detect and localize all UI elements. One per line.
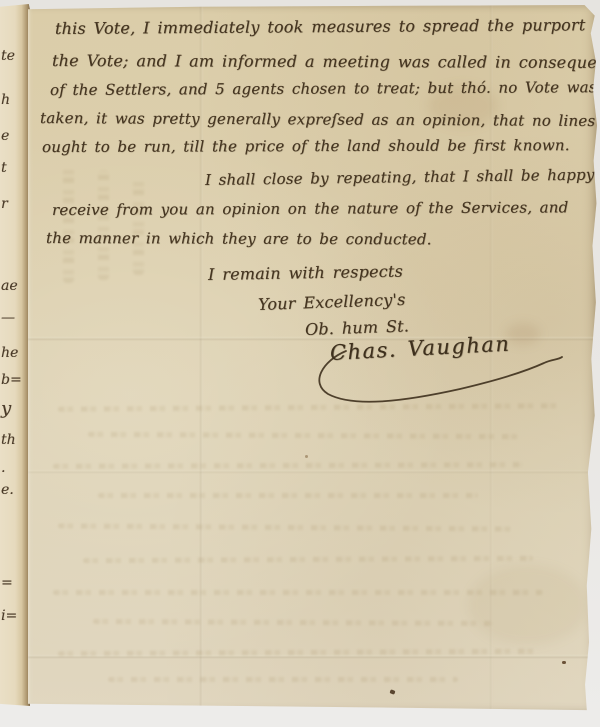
facing-page-text-fragment: — (1, 310, 15, 326)
facing-page-text-fragment: te (1, 48, 15, 64)
ink-speck (562, 661, 566, 664)
bleedthrough-line (88, 432, 518, 439)
bleedthrough-smudge (133, 175, 144, 275)
facing-page-text-fragment: e. (1, 482, 14, 498)
facing-page-text-fragment: ae (1, 278, 18, 294)
facing-page-edge: te h e t r ae — he b= y th . e. = i= (0, 4, 30, 706)
letter-line-5: ought to be run, till the price of the l… (42, 136, 570, 156)
letter-page: this Vote, I immediately took measures t… (28, 5, 597, 713)
facing-page-text-fragment: = (1, 575, 13, 591)
paper-stain (506, 323, 540, 345)
facing-page-text-fragment: i= (1, 608, 17, 624)
valediction-line: I remain with respects (208, 262, 403, 284)
facing-page-text-fragment: he (1, 345, 18, 361)
letter-line-7: receive from you an opinion on the natur… (52, 198, 569, 219)
bleedthrough-line (108, 677, 458, 682)
letter-line-6: I shall close by repeating, that I shall… (205, 165, 600, 189)
valediction-line: Your Excellency's (258, 290, 406, 314)
scanned-letter: te h e t r ae — he b= y th . e. = i= (0, 0, 600, 727)
bleedthrough-line (53, 462, 523, 469)
bleedthrough-smudge (63, 163, 74, 283)
ink-speck (305, 455, 308, 458)
letter-line-3: of the Settlers, and 5 agents chosen to … (50, 78, 597, 99)
bleedthrough-line (53, 590, 543, 595)
facing-page-text-fragment: . (1, 460, 5, 476)
bleedthrough-line (98, 493, 478, 498)
letter-line-2: the Vote; and I am informed a meeting wa… (52, 51, 600, 72)
facing-page-text-fragment: y (1, 398, 11, 419)
bleedthrough-line (58, 523, 518, 531)
bleedthrough-line (83, 556, 533, 563)
facing-page-text-fragment: r (1, 196, 8, 212)
letter-line-1: this Vote, I immediately took measures t… (55, 15, 600, 38)
facing-page-text-fragment: e (1, 128, 9, 144)
bleedthrough-line (93, 619, 493, 626)
ink-speck (389, 689, 395, 694)
bleedthrough-smudge (98, 170, 109, 280)
facing-page-text-fragment: th (1, 432, 16, 448)
facing-page-text-fragment: h (1, 92, 10, 108)
letter-line-8: the manner in which they are to be condu… (46, 229, 432, 248)
paper-stain (468, 565, 588, 645)
facing-page-text-fragment: b= (1, 372, 22, 388)
horizontal-fold-crease (28, 470, 597, 473)
valediction-line: Ob. hum St. (305, 316, 410, 339)
facing-page-text-fragment: t (1, 160, 7, 176)
letter-line-4: taken, it was pretty generally expreſsed… (40, 109, 595, 130)
